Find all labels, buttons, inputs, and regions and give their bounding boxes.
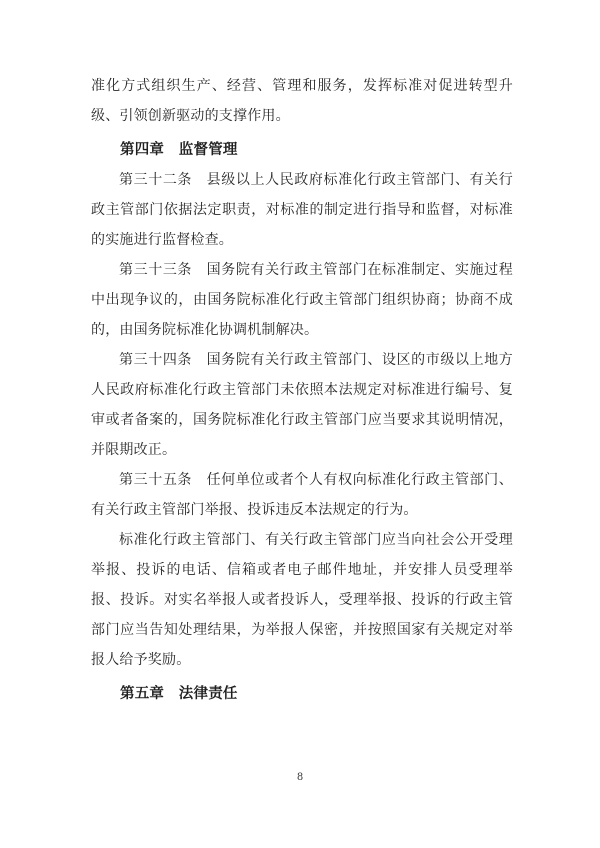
paragraph-article-35: 第三十五条 任何单位或者个人有权向标准化行政主管部门、有关行政主管部门举报、投诉… <box>91 465 513 525</box>
document-page: 准化方式组织生产、经营、管理和服务，发挥标准对促进转型升级、引领创新驱动的支撑作… <box>0 0 600 848</box>
paragraph-article-35-continued: 标准化行政主管部门、有关行政主管部门应当向社会公开受理举报、投诉的电话、信箱或者… <box>91 525 513 675</box>
paragraph-article-32: 第三十二条 县级以上人民政府标准化行政主管部门、有关行政主管部门依据法定职责，对… <box>91 165 513 255</box>
paragraph-article-33: 第三十三条 国务院有关行政主管部门在标准制定、实施过程中出现争议的，由国务院标准… <box>91 255 513 345</box>
document-body: 准化方式组织生产、经营、管理和服务，发挥标准对促进转型升级、引领创新驱动的支撑作… <box>91 71 513 709</box>
chapter-heading-4: 第四章 监督管理 <box>91 135 513 165</box>
paragraph-article-34: 第三十四条 国务院有关行政主管部门、设区的市级以上地方人民政府标准化行政主管部门… <box>91 345 513 465</box>
page-number: 8 <box>0 770 600 786</box>
chapter-heading-5: 第五章 法律责任 <box>91 679 513 709</box>
paragraph-continuation: 准化方式组织生产、经营、管理和服务，发挥标准对促进转型升级、引领创新驱动的支撑作… <box>91 71 513 131</box>
